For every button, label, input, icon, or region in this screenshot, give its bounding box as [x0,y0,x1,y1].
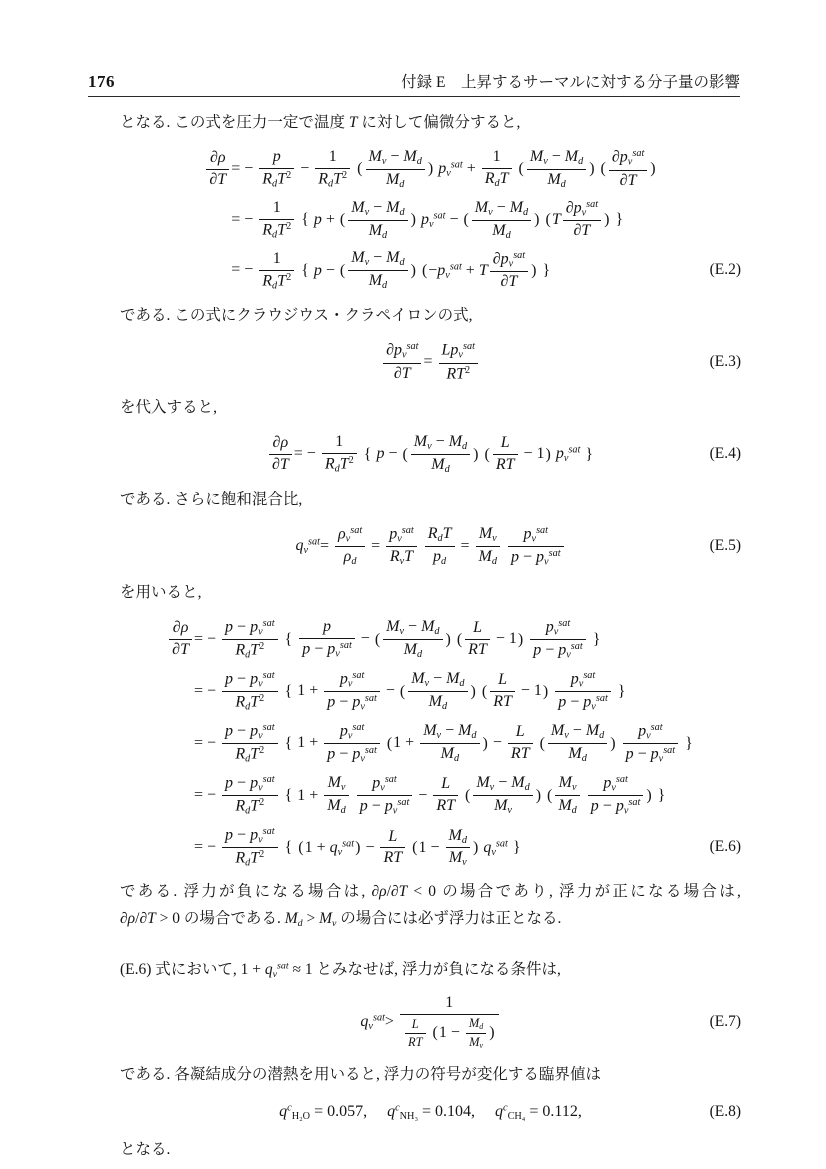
math-rhs: = − 1RdT2 { p − (Mv − MdMd) (−pvsat + T∂… [231,245,656,296]
equation-e3: ∂pvsat∂T = LpvsatRT2 (E.3) [120,337,741,388]
equation-tag-e2: (E.2) [710,258,741,283]
math-rhs: = − p − pvsatRdT2 { 1 + pvsatp − pvsat −… [194,666,694,718]
math-lhs [204,245,231,296]
equation-tag-e3: (E.3) [710,350,741,375]
math-rhs: = LpvsatRT2 [423,337,479,388]
math-lhs: qvsat [360,990,385,1054]
paragraph-mixing-ratio: である. さらに飽和混合比, [120,488,741,513]
math-lhs: ∂ρ∂T [204,144,231,195]
paragraph-buoyancy-2: ∂ρ/∂T > 0 の場合である. Md > Mv の場合には必ず浮力は正となる… [120,907,741,932]
equation-line: = − p − pvsatRdT2 { 1 + MvMd pvsatp − pv… [167,770,694,822]
page-content: となる. この式を圧力一定で温度 T に対して偏微分すると, ∂ρ∂T = − … [120,103,741,1169]
equation-e4-lines: ∂ρ∂T = − 1RdT2 { p − (Mv − MdMd) (LRT − … [267,429,594,480]
equation-line: ∂ρ∂T = − pRdT2 − 1RdT2 (Mv − MdMd) pvsat… [204,144,656,195]
math-rhs: = − p − pvsatRdT2 { 1 + pvsatp − pvsat (… [194,718,694,770]
equation-tag-e4: (E.4) [710,442,741,467]
equation-e7-lines: qvsat > 1LRT (1 − MdMv) [360,990,500,1054]
equation-line: ∂ρ∂T = − 1RdT2 { p − (Mv − MdMd) (LRT − … [267,429,594,480]
math-rhs: = ρvsatρd = pvsatRvT RdTpd = MvMd pvsatp… [320,521,566,573]
document-page: 176 付録 E 上昇するサーマルに対する分子量の影響 となる. この式を圧力一… [0,0,826,1169]
math-lhs: ∂ρ∂T [267,429,294,480]
equation-e7: qvsat > 1LRT (1 − MdMv) (E.7) [120,990,741,1054]
equation-line: = − 1RdT2 { p − (Mv − MdMd) (−pvsat + T∂… [204,245,656,296]
paragraph-buoyancy-1: である. 浮力が負になる場合は, ∂ρ/∂T < 0 の場合であり, 浮力が正に… [120,880,741,905]
equation-tag-e5: (E.5) [710,534,741,559]
equation-e5: qvsat = ρvsatρd = pvsatRvT RdTpd = MvMd … [120,521,741,573]
page-header: 176 付録 E 上昇するサーマルに対する分子量の影響 [88,70,740,97]
paragraph-condition: (E.6) 式において, 1 + qvsat ≈ 1 とみなせば, 浮力が負にな… [120,958,741,983]
equation-e5-lines: qvsat = ρvsatρd = pvsatRvT RdTpd = MvMd … [295,521,565,573]
paragraph-clausius: である. この式にクラウジウス・クラペイロンの式, [120,304,741,329]
equation-e2: ∂ρ∂T = − pRdT2 − 1RdT2 (Mv − MdMd) pvsat… [120,144,741,297]
math-rhs: = − p − pvsatRdT2 { pp − pvsat − (Mv − M… [194,614,694,666]
equation-tag-e8: (E.8) [710,1100,741,1125]
equation-line: qvsat > 1LRT (1 − MdMv) [360,990,500,1054]
equation-e8-lines: qcH₂O = 0.057, qcNH₃ = 0.104, qcCH₄ = 0.… [279,1095,582,1129]
math-lhs [167,822,194,874]
math-lhs [167,718,194,770]
math-rhs: > 1LRT (1 − MdMv) [385,990,501,1054]
equation-line: = − p − pvsatRdT2 { 1 + pvsatp − pvsat (… [167,718,694,770]
paragraph-using: を用いると, [120,581,741,606]
equation-line: qcH₂O = 0.057, qcNH₃ = 0.104, qcCH₄ = 0.… [279,1095,582,1129]
paragraph-substitute: を代入すると, [120,396,741,421]
equation-line: ∂ρ∂T = − p − pvsatRdT2 { pp − pvsat − (M… [167,614,694,666]
equation-tag-e7: (E.7) [710,1010,741,1035]
equation-line: = − 1RdT2 { p + (Mv − MdMd) pvsat − (Mv … [204,195,656,246]
math-lhs [167,770,194,822]
equation-e8: qcH₂O = 0.057, qcNH₃ = 0.104, qcCH₄ = 0.… [120,1095,741,1129]
equation-e3-lines: ∂pvsat∂T = LpvsatRT2 [381,337,480,388]
equation-line: = − p − pvsatRdT2 { 1 + pvsatp − pvsat −… [167,666,694,718]
equation-e4: ∂ρ∂T = − 1RdT2 { p − (Mv − MdMd) (LRT − … [120,429,741,480]
math-rhs: = − p − pvsatRdT2 { (1 + qvsat) − LRT (1… [194,822,694,874]
math-lhs: ∂ρ∂T [167,614,194,666]
math-rhs: = − 1RdT2 { p − (Mv − MdMd) (LRT − 1) pv… [294,429,594,480]
running-header-title: 付録 E 上昇するサーマルに対する分子量の影響 [401,70,740,92]
equation-e6-lines: ∂ρ∂T = − p − pvsatRdT2 { pp − pvsat − (M… [167,614,694,874]
math-lhs [204,195,231,246]
paragraph-latent-heat: である. 各凝結成分の潜熱を用いると, 浮力の符号が変化する臨界値は [120,1063,741,1088]
paragraph-closing: となる. [120,1138,741,1163]
equation-line: ∂pvsat∂T = LpvsatRT2 [381,337,480,388]
math-lhs [167,666,194,718]
math-rhs: = − pRdT2 − 1RdT2 (Mv − MdMd) pvsat + 1R… [231,144,656,195]
math-rhs: = − p − pvsatRdT2 { 1 + MvMd pvsatp − pv… [194,770,694,822]
equation-tag-e6: (E.6) [710,835,741,860]
equation-line: qvsat = ρvsatρd = pvsatRvT RdTpd = MvMd … [295,521,565,573]
math-rhs: qcH₂O = 0.057, qcNH₃ = 0.104, qcCH₄ = 0.… [279,1095,582,1129]
page-number: 176 [88,72,115,92]
equation-e2-lines: ∂ρ∂T = − pRdT2 − 1RdT2 (Mv − MdMd) pvsat… [204,144,656,297]
paragraph-intro: となる. この式を圧力一定で温度 T に対して偏微分すると, [120,111,741,136]
math-lhs: ∂pvsat∂T [381,337,423,388]
math-lhs: qvsat [295,521,320,573]
equation-line: = − p − pvsatRdT2 { (1 + qvsat) − LRT (1… [167,822,694,874]
equation-e6: ∂ρ∂T = − p − pvsatRdT2 { pp − pvsat − (M… [120,614,741,874]
math-rhs: = − 1RdT2 { p + (Mv − MdMd) pvsat − (Mv … [231,195,656,246]
